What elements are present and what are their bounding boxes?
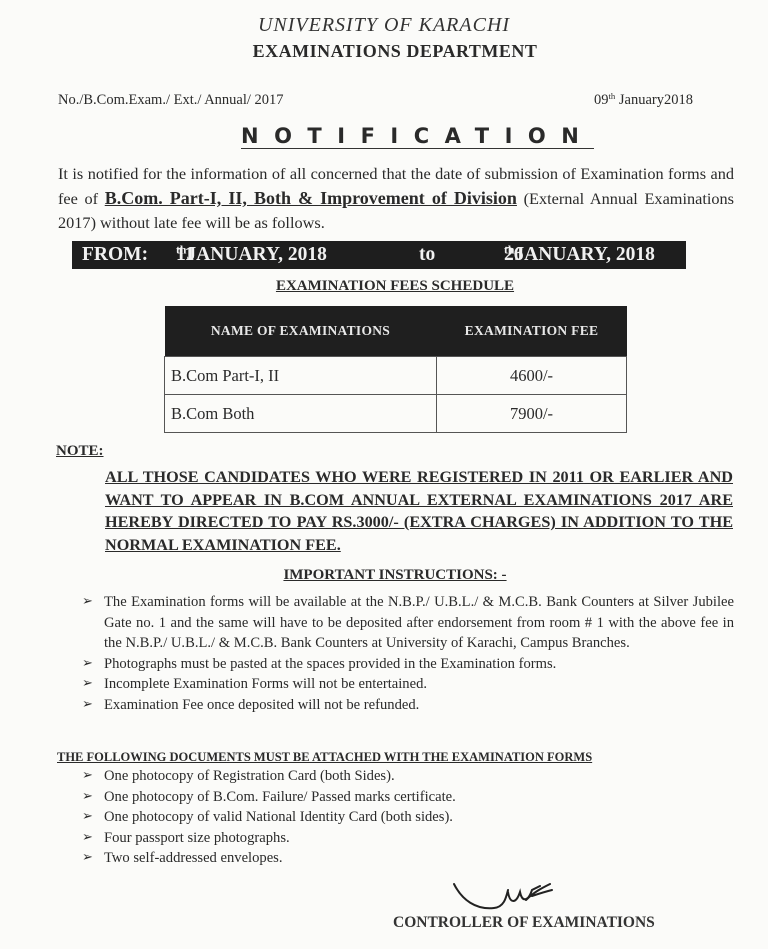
signatory-title: CONTROLLER OF EXAMINATIONS bbox=[393, 914, 655, 932]
date-month-year: January2018 bbox=[615, 92, 693, 108]
instructions-list: ➢The Examination forms will be available… bbox=[82, 592, 734, 715]
arrow-bullet-icon: ➢ bbox=[82, 848, 93, 869]
signature-icon bbox=[448, 878, 568, 914]
arrow-bullet-icon: ➢ bbox=[82, 654, 93, 675]
exam-name: B.Com Both bbox=[165, 395, 437, 433]
note-label: NOTE: bbox=[56, 443, 104, 460]
column-header-fee: EXAMINATION FEE bbox=[437, 306, 627, 357]
notification-date: 09th January2018 bbox=[594, 92, 693, 109]
list-item: ➢Two self-addressed envelopes. bbox=[82, 848, 682, 869]
note-text: ALL THOSE CANDIDATES WHO WERE REGISTERED… bbox=[105, 466, 733, 556]
intro-paragraph: It is notified for the information of al… bbox=[58, 162, 734, 235]
list-item: ➢Photographs must be pasted at the space… bbox=[82, 654, 734, 675]
exam-fee: 4600/- bbox=[437, 357, 627, 395]
documents-list: ➢One photocopy of Registration Card (bot… bbox=[82, 766, 682, 869]
intro-highlight: B.Com. Part-I, II, Both & Improvement of… bbox=[105, 188, 517, 208]
fees-schedule-title: EXAMINATION FEES SCHEDULE bbox=[0, 278, 768, 295]
from-label: FROM: bbox=[82, 241, 148, 269]
fees-table: NAME OF EXAMINATIONS EXAMINATION FEE B.C… bbox=[164, 306, 627, 433]
column-header-name: NAME OF EXAMINATIONS bbox=[165, 306, 437, 357]
list-item: ➢One photocopy of B.Com. Failure/ Passed… bbox=[82, 787, 682, 808]
list-item: ➢One photocopy of Registration Card (bot… bbox=[82, 766, 682, 787]
university-name: UNIVERSITY OF KARACHI bbox=[0, 14, 768, 37]
instructions-title: IMPORTANT INSTRUCTIONS: - bbox=[0, 567, 768, 584]
to-label: to bbox=[419, 241, 435, 269]
list-item: ➢Examination Fee once deposited will not… bbox=[82, 695, 734, 716]
arrow-bullet-icon: ➢ bbox=[82, 807, 93, 828]
arrow-bullet-icon: ➢ bbox=[82, 695, 93, 716]
list-item: ➢Incomplete Examination Forms will not b… bbox=[82, 674, 734, 695]
arrow-bullet-icon: ➢ bbox=[82, 674, 93, 695]
arrow-bullet-icon: ➢ bbox=[82, 592, 93, 613]
arrow-bullet-icon: ➢ bbox=[82, 787, 93, 808]
table-row: B.Com Both 7900/- bbox=[165, 395, 627, 433]
exam-fee: 7900/- bbox=[437, 395, 627, 433]
list-item: ➢Four passport size photographs. bbox=[82, 828, 682, 849]
arrow-bullet-icon: ➢ bbox=[82, 828, 93, 849]
start-date: 11th JANUARY, 2018 bbox=[176, 241, 186, 269]
reference-number: No./B.Com.Exam./ Ext./ Annual/ 2017 bbox=[58, 92, 284, 109]
list-item: ➢One photocopy of valid National Identit… bbox=[82, 807, 682, 828]
exam-name: B.Com Part-I, II bbox=[165, 357, 437, 395]
list-item: ➢The Examination forms will be available… bbox=[82, 592, 734, 654]
arrow-bullet-icon: ➢ bbox=[82, 766, 93, 787]
documents-title: THE FOLLOWING DOCUMENTS MUST BE ATTACHED… bbox=[57, 750, 592, 765]
end-date: 26th JANUARY, 2018 bbox=[504, 241, 514, 269]
department-name: EXAMINATIONS DEPARTMENT bbox=[0, 41, 768, 62]
table-row: B.Com Part-I, II 4600/- bbox=[165, 357, 627, 395]
date-day: 09 bbox=[594, 92, 609, 108]
notification-title: NOTIFICATION bbox=[241, 124, 594, 149]
date-range-banner: FROM: 11th JANUARY, 2018 to 26th JANUARY… bbox=[72, 241, 686, 269]
